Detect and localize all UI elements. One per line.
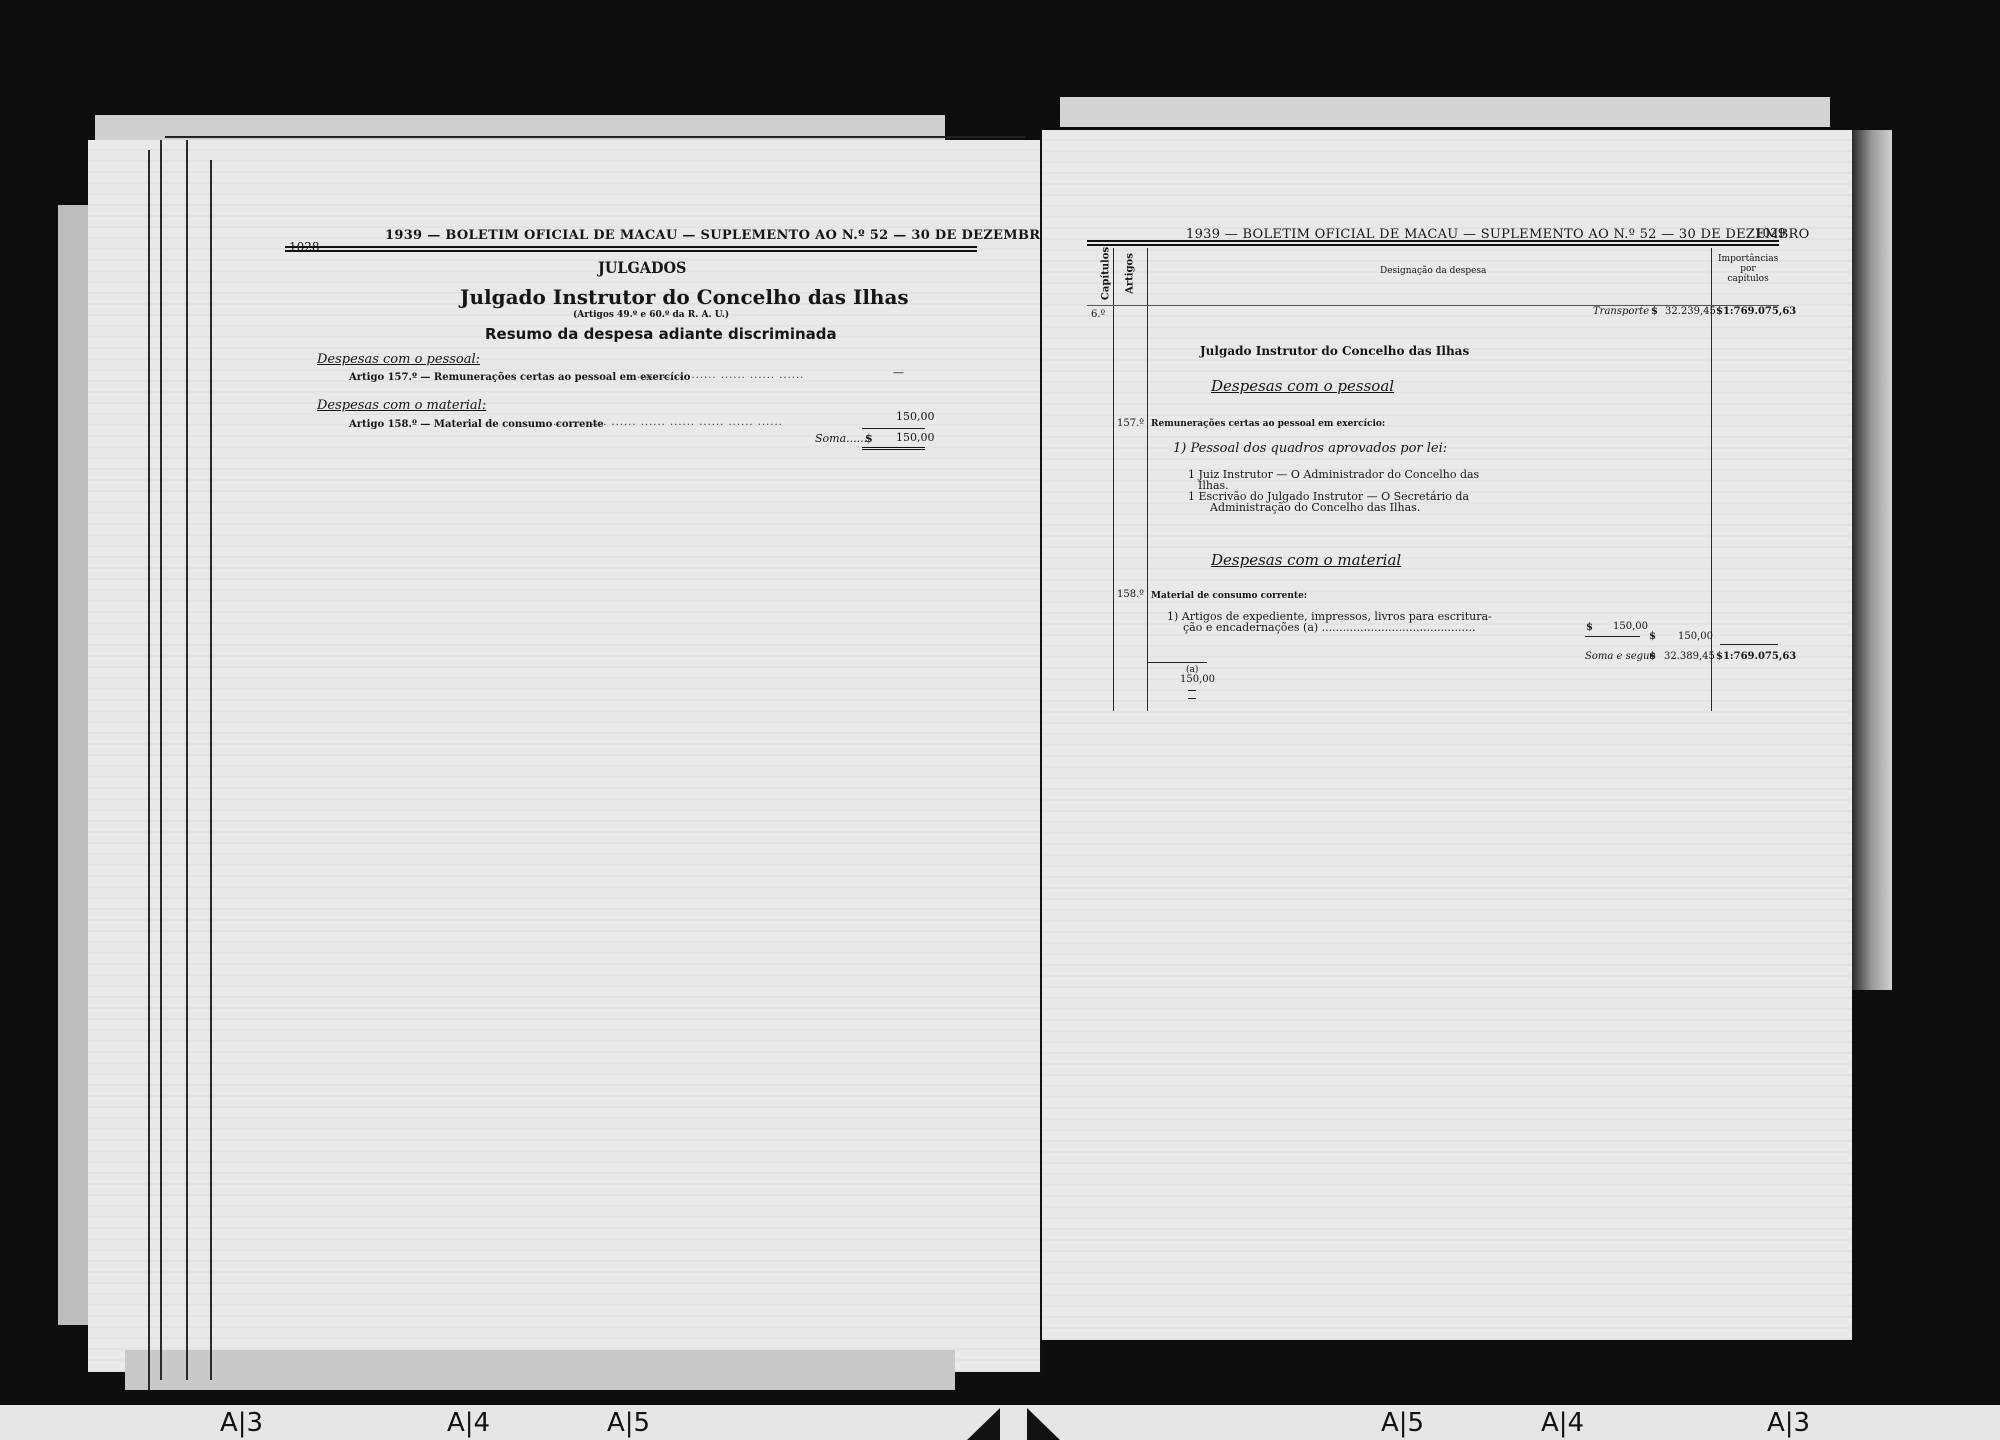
left-item-art157-value: — bbox=[893, 366, 904, 379]
right-group-heading-pessoal: Despesas com o pessoal bbox=[1211, 377, 1394, 395]
art158-sub-rule bbox=[1585, 636, 1640, 637]
art158-sub-currency: $ bbox=[1586, 622, 1593, 633]
soma-total: $1:769.075,63 bbox=[1716, 651, 1796, 662]
art158-number: 158.º bbox=[1117, 589, 1144, 600]
film-mark-left-1: A|3 bbox=[220, 1408, 263, 1438]
sheet-edge-line bbox=[148, 150, 150, 1390]
col-header-capitulos: Capítulos bbox=[1101, 244, 1112, 304]
left-title: Julgado Instrutor do Concelho das Ilhas bbox=[460, 285, 909, 309]
left-page-bottom-fold bbox=[125, 1350, 955, 1390]
right-page-top-stack bbox=[1060, 97, 1830, 127]
soma-currency: $ bbox=[1649, 651, 1656, 662]
sheet-edge-line bbox=[210, 160, 212, 1380]
art157-subheading: 1) Pessoal dos quadros aprovados por lei… bbox=[1173, 441, 1447, 456]
art158-total-currency: $ bbox=[1649, 631, 1656, 642]
art157-line1a: 1 Juiz Instrutor — O Administrador do Co… bbox=[1188, 469, 1479, 480]
left-summary-heading: Resumo da despesa adiante discriminada bbox=[485, 325, 837, 343]
col-header-importancias-line3: capítulos bbox=[1718, 274, 1778, 284]
left-item-art158-value: 150,00 bbox=[896, 410, 935, 423]
col-header-importancias-line1: Importâncias bbox=[1718, 254, 1778, 264]
left-section-heading: JULGADOS bbox=[598, 258, 686, 277]
left-subtitle: (Artigos 49.º e 60.º da R. A. U.) bbox=[573, 310, 729, 320]
art157-label: Remunerações certas ao pessoal em exercí… bbox=[1151, 419, 1385, 429]
film-strip bbox=[0, 1405, 2000, 1440]
film-mark-left-2: A|4 bbox=[447, 1408, 490, 1438]
soma-value: 32.389,45 bbox=[1664, 651, 1715, 662]
footnote-value: 150,00 bbox=[1180, 674, 1215, 685]
art157-line2b: Administração do Concelho das Ilhas. bbox=[1210, 502, 1420, 513]
left-sum-rule bbox=[862, 428, 925, 429]
left-running-header: 1939 — BOLETIM OFICIAL DE MACAU — SUPLEM… bbox=[385, 228, 1052, 243]
sheet-edge-line bbox=[186, 140, 188, 1380]
soma-rule bbox=[1720, 644, 1778, 645]
film-mark-right-1: A|5 bbox=[1381, 1408, 1424, 1438]
col-header-artigos: Artigos bbox=[1125, 244, 1136, 304]
art158-sub-value: 150,00 bbox=[1613, 621, 1648, 632]
right-header-rule bbox=[1087, 240, 1779, 246]
art157-number: 157.º bbox=[1117, 418, 1144, 429]
film-mark-left-3: A|5 bbox=[607, 1408, 650, 1438]
art158-sub-b: ção e encadernações (a) ................… bbox=[1183, 622, 1476, 633]
left-total-double-rule bbox=[862, 447, 925, 450]
film-mark-right-2: A|4 bbox=[1541, 1408, 1584, 1438]
film-mark-right-3: A|3 bbox=[1767, 1408, 1810, 1438]
left-header-rule bbox=[285, 246, 977, 252]
footnote-dash bbox=[1188, 690, 1196, 691]
transporte-label: Transporte bbox=[1593, 306, 1649, 317]
soma-label: Soma e segue bbox=[1585, 651, 1655, 662]
left-total-label: Soma...... bbox=[815, 432, 867, 445]
gutter-line bbox=[1040, 135, 1042, 1375]
col-header-importancias-line2: por bbox=[1718, 264, 1778, 274]
right-page-curl bbox=[1852, 130, 1892, 990]
left-total-currency: $ bbox=[865, 432, 873, 445]
chapter-number: 6.º bbox=[1091, 309, 1105, 320]
left-item-art158-dots: ...... ...... ...... ...... ...... .....… bbox=[553, 417, 783, 428]
right-group-heading-material: Despesas com o material bbox=[1211, 551, 1401, 569]
art158-total-value: 150,00 bbox=[1678, 631, 1713, 642]
col-header-importancias: Importâncias por capítulos bbox=[1718, 254, 1778, 284]
footnote-rule bbox=[1147, 662, 1207, 663]
right-section-title: Julgado Instrutor do Concelho das Ilhas bbox=[1200, 344, 1469, 358]
center-marker-left-triangle-icon bbox=[967, 1408, 1000, 1440]
left-group-heading-material: Despesas com o material: bbox=[317, 398, 486, 413]
transporte-value: 32.239,45 bbox=[1665, 306, 1716, 317]
sheet-edge-line bbox=[160, 140, 162, 1380]
left-item-art157-dots: ...... ...... ...... ...... ...... .....… bbox=[633, 370, 804, 381]
sheet-top-edge bbox=[165, 136, 1025, 138]
footnote-dash bbox=[1188, 698, 1196, 699]
art158-label: Material de consumo corrente: bbox=[1151, 591, 1307, 601]
left-group-heading-pessoal: Despesas com o pessoal: bbox=[317, 352, 480, 367]
col-divider-artigos bbox=[1147, 248, 1148, 711]
right-page-number: 1029 bbox=[1755, 226, 1786, 240]
col-header-designacao: Designação da despesa bbox=[1380, 266, 1486, 276]
transporte-total: $1:769.075,63 bbox=[1716, 306, 1796, 317]
center-marker-right-triangle-icon bbox=[1027, 1408, 1060, 1440]
transporte-currency: $ bbox=[1651, 306, 1658, 317]
left-total-value: 150,00 bbox=[896, 431, 935, 444]
col-divider-capitulos bbox=[1113, 248, 1114, 711]
